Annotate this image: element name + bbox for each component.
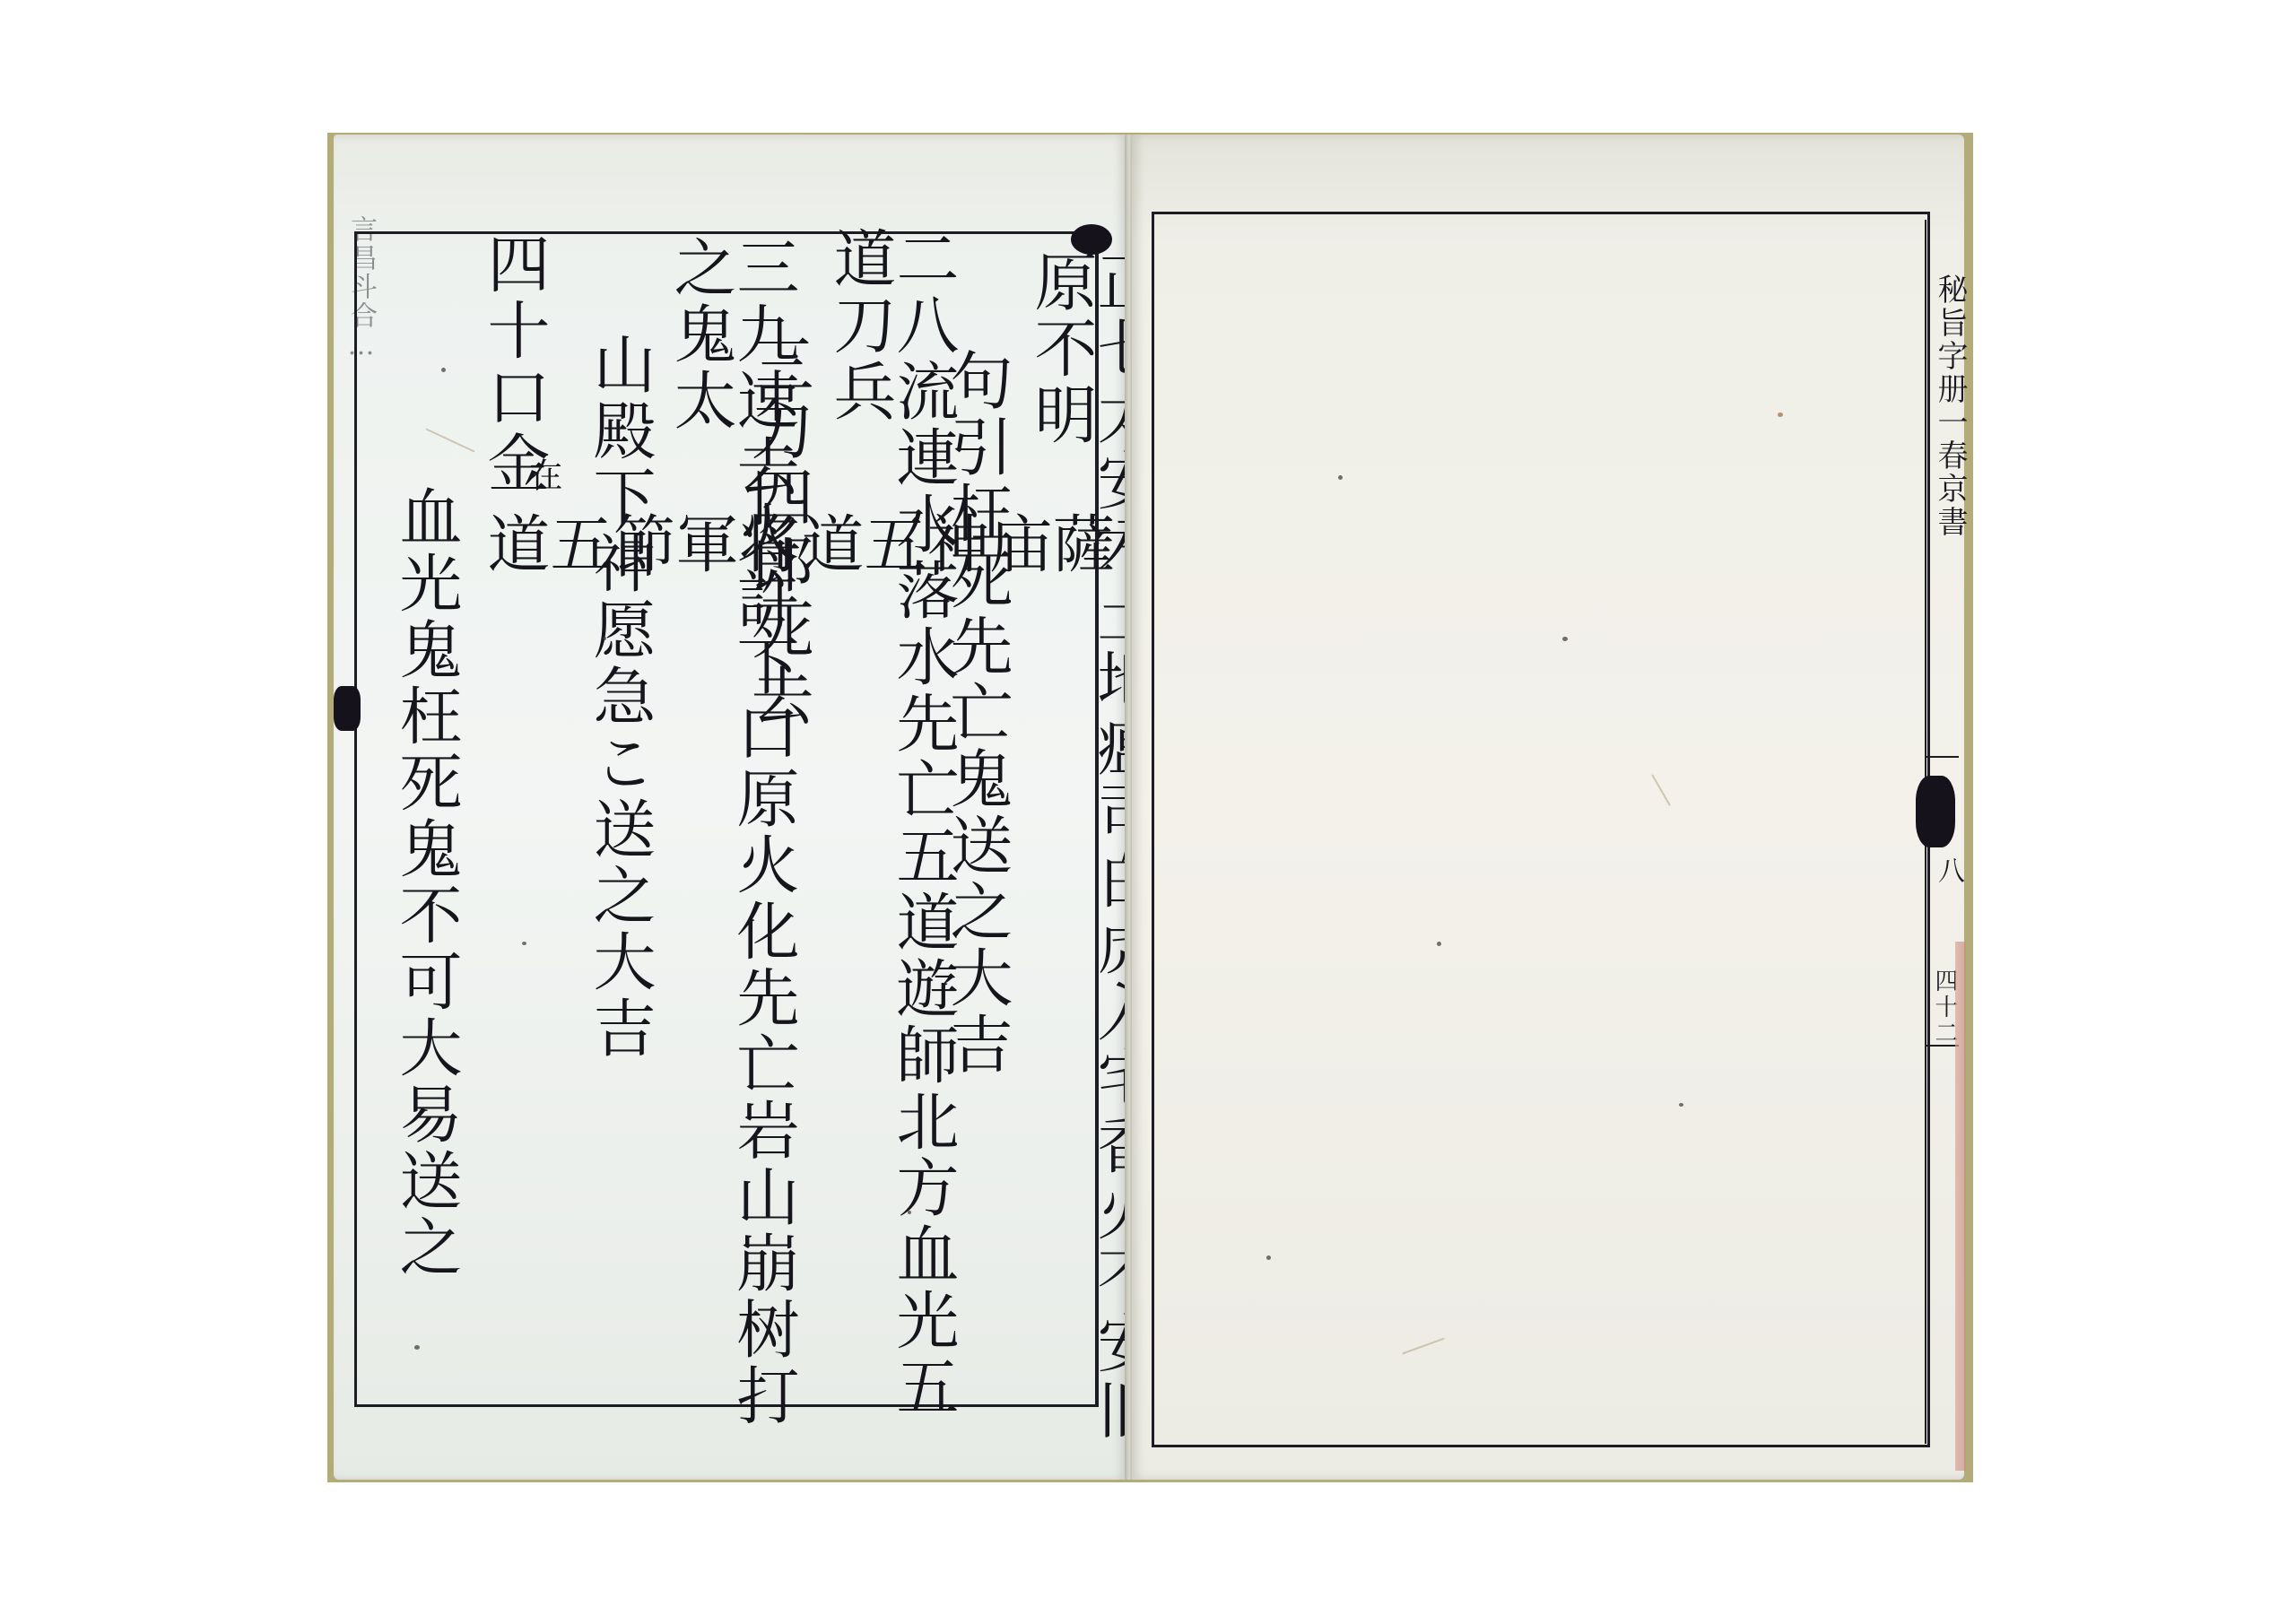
ink-blot bbox=[334, 686, 361, 731]
text-column-8: 血光鬼枉死鬼不可大易送之 bbox=[395, 484, 457, 1281]
inline-note: 在 bbox=[526, 457, 560, 495]
text-column-3: 二八流連水落水先亡五道遊師北方血光五道刀兵 bbox=[829, 226, 954, 1480]
section-marker: 八 bbox=[1928, 856, 1968, 886]
page-edge-stain bbox=[1955, 942, 1966, 1471]
text-column-6: 山殿下神愿急こ送之大吉 bbox=[588, 332, 651, 1062]
text-column-7: 四十口金 在 三六土旱菩薩庙神五道将軍節五道 bbox=[483, 231, 545, 497]
ink-blot bbox=[1916, 776, 1955, 847]
text-column-5: 三九速去火許下口原火化先亡岩山崩树打之鬼太 bbox=[669, 235, 795, 1480]
right-page-frame bbox=[1152, 212, 1930, 1447]
left-page: 言昌斗合… 正七太安木土地瘟司白虎入宅香火不安旧原不明 句引枉死先亡鬼送之大吉 … bbox=[334, 135, 1126, 1480]
book-title-edge: 秘旨字册一春京書 bbox=[1928, 274, 1972, 539]
right-page: 秘旨字册一春京書 八 四十二 bbox=[1132, 135, 1964, 1480]
